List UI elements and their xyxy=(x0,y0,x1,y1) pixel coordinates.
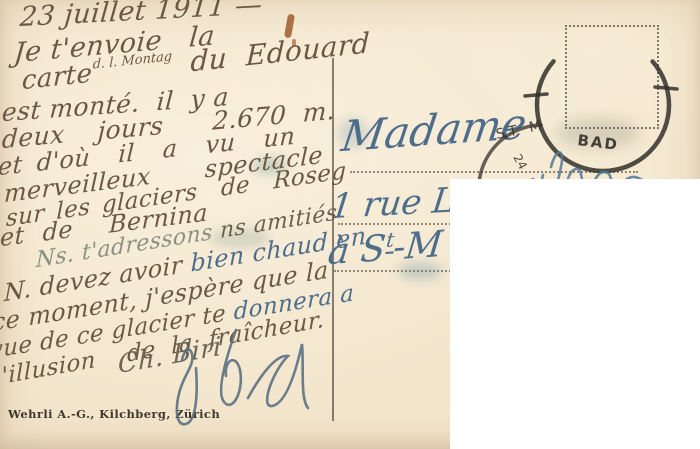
address-city-a: à S xyxy=(326,228,388,273)
postmark-number-text: 24 xyxy=(510,152,530,172)
address-city-b: -M xyxy=(391,224,444,269)
message-word-carte: carte xyxy=(21,58,92,96)
postmark-town-text: ST M xyxy=(495,117,547,143)
redaction-overlay xyxy=(450,179,700,449)
signature-flourish xyxy=(140,322,325,448)
postmark-center-text: BAD xyxy=(577,131,620,154)
address-city: à St-M xyxy=(326,227,444,271)
postcard-back: 23 juillet 1911 — Je t'envoie la carted.… xyxy=(0,0,700,449)
postmark-right-tick xyxy=(655,87,677,89)
postmark-left-tick xyxy=(525,94,547,96)
postmark: ST M BAD 24 xyxy=(455,15,700,190)
ink-blot xyxy=(292,39,296,47)
